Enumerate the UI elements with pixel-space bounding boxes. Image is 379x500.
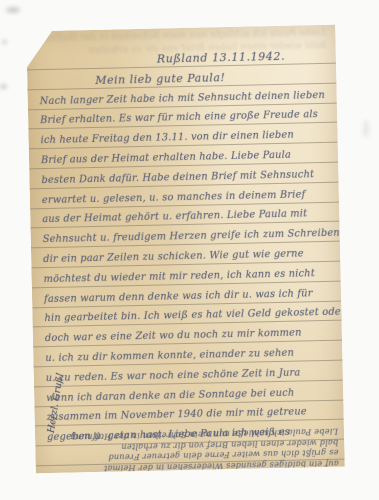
scan-smudge — [363, 120, 369, 138]
letter-paper: Liebe Paula ich schließe nun mein Schrei… — [26, 25, 345, 474]
bleedthrough-traces: Liebe Paula ich schließe nun mein Schrei… — [26, 25, 335, 32]
scan-smudge — [6, 7, 20, 13]
scan-smudge — [2, 40, 7, 44]
photo-background: Liebe Paula ich schließe nun mein Schrei… — [0, 0, 379, 500]
scan-smudge — [0, 84, 7, 89]
